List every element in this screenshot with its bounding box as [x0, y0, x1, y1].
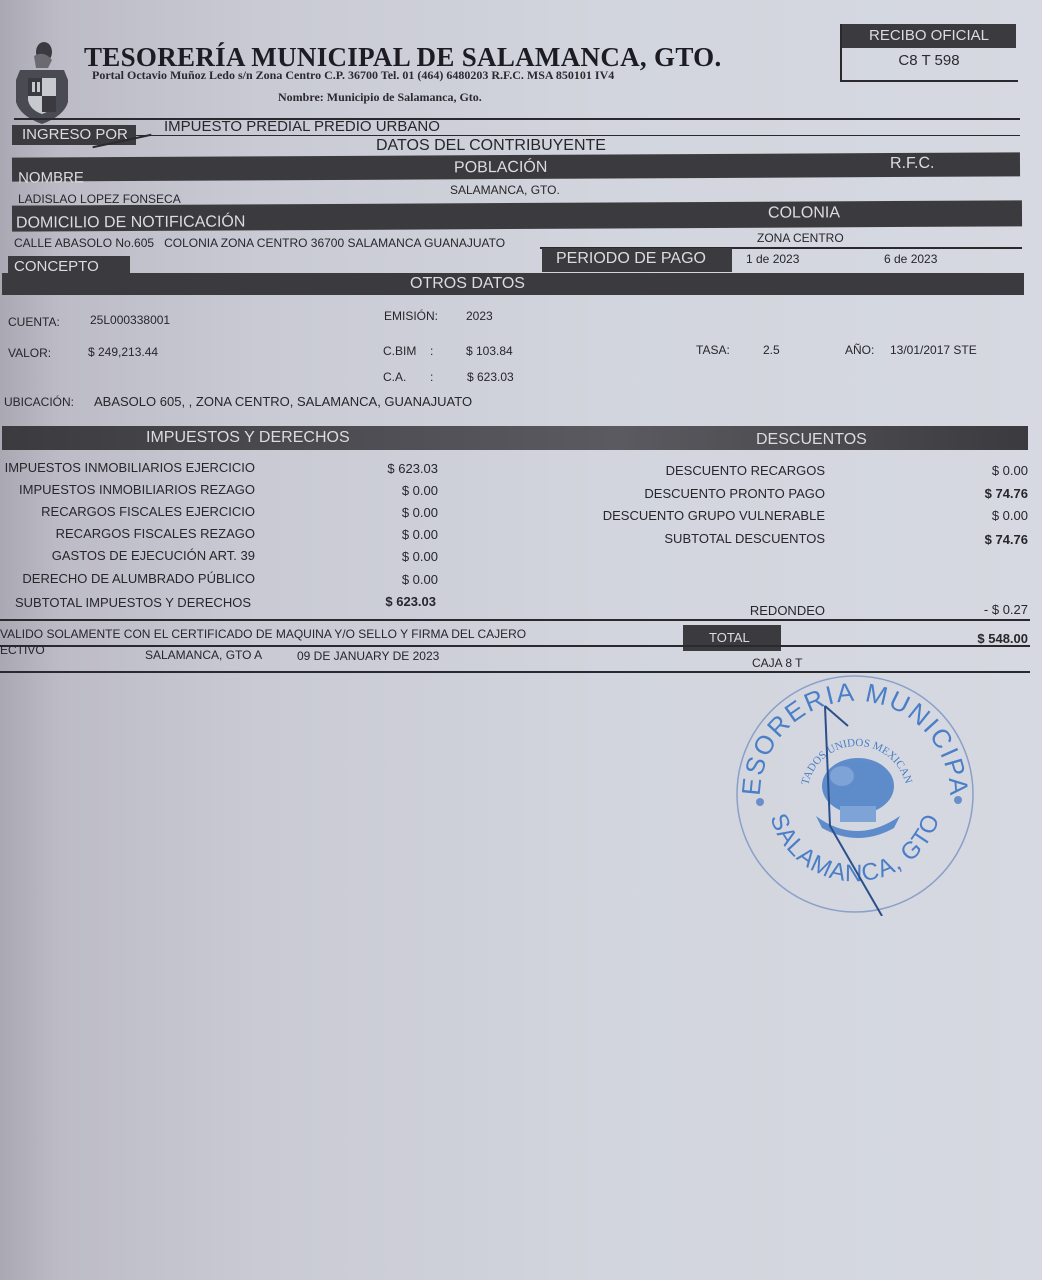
periodo-fin: 6 de 2023 — [884, 252, 937, 266]
anio-value: 13/01/2017 STE — [890, 343, 977, 357]
tasa-label: TASA: — [696, 343, 730, 357]
impuesto-item-label: GASTOS DE EJECUCIÓN ART. 39 — [0, 548, 255, 563]
descuento-item-amount: $ 74.76 — [930, 486, 1028, 501]
domicilio-header-bar: DOMICILIO DE NOTIFICACIÓN COLONIA — [12, 200, 1022, 231]
descuento-item-label: DESCUENTO GRUPO VULNERABLE — [560, 508, 825, 523]
impuesto-item-label: DERECHO DE ALUMBRADO PÚBLICO — [0, 571, 255, 586]
descuentos-subtotal-value: $ 74.76 — [930, 532, 1028, 547]
total-value: $ 548.00 — [900, 631, 1028, 646]
valor-label: VALOR: — [8, 346, 51, 360]
ubicacion-label: UBICACIÓN: — [4, 395, 74, 409]
colonia-value: ZONA CENTRO — [757, 231, 844, 245]
tasa-value: 2.5 — [763, 343, 780, 357]
impuesto-item-amount: $ 0.00 — [340, 549, 438, 564]
nombre-label: NOMBRE — [18, 169, 84, 186]
issue-date: 09 DE JANUARY DE 2023 — [297, 649, 439, 663]
total-label: TOTAL — [709, 630, 750, 645]
coat-of-arms-icon — [12, 38, 72, 126]
contribuyente-header-bar: NOMBRE POBLACIÓN R.F.C. — [12, 152, 1020, 181]
domicilio-label: DOMICILIO DE NOTIFICACIÓN — [16, 213, 245, 232]
descuento-item-amount: $ 0.00 — [930, 508, 1028, 523]
ingreso-value: IMPUESTO PREDIAL PREDIO URBANO — [164, 118, 440, 135]
cbim-value: $ 103.84 — [466, 344, 513, 358]
impuesto-item-label: RECARGOS FISCALES REZAGO — [0, 526, 255, 541]
impuesto-item-label: RECARGOS FISCALES EJERCICIO — [0, 504, 255, 519]
ca-value: $ 623.03 — [467, 370, 514, 384]
cbim-label: C.BIM — [383, 344, 416, 358]
emision-value: 2023 — [466, 309, 493, 323]
receipt-label: RECIBO OFICIAL — [842, 24, 1016, 48]
place-date-prefix: SALAMANCA, GTO A — [145, 648, 262, 662]
anio-label: AÑO: — [845, 343, 874, 357]
ca-colon: : — [430, 370, 433, 384]
descuento-item-label: DESCUENTO RECARGOS — [560, 463, 825, 478]
periodo-bar: PERIODO DE PAGO — [542, 248, 732, 272]
payment-method: ECTIVO — [0, 643, 45, 657]
descuento-item-amount: $ 0.00 — [930, 463, 1028, 478]
periodo-inicio: 1 de 2023 — [746, 252, 799, 266]
impuestos-subtotal-label: SUBTOTAL IMPUESTOS Y DERECHOS — [0, 595, 251, 610]
validity-note: VALIDO SOLAMENTE CON EL CERTIFICADO DE M… — [0, 627, 526, 641]
domicilio-value: CALLE ABASOLO No.605 COLONIA ZONA CENTRO… — [14, 236, 505, 250]
receipt-box: RECIBO OFICIAL C8 T 598 — [840, 24, 1018, 82]
ca-label: C.A. — [383, 370, 406, 384]
rfc-label: R.F.C. — [890, 155, 935, 173]
cbim-colon: : — [430, 344, 433, 358]
descuentos-title: DESCUENTOS — [756, 431, 867, 449]
periodo-label: PERIODO DE PAGO — [556, 250, 706, 268]
descuentos-subtotal-label: SUBTOTAL DESCUENTOS — [560, 531, 825, 546]
cuenta-label: CUENTA: — [8, 315, 60, 329]
otros-datos-bar: OTROS DATOS — [2, 273, 1024, 295]
contribuyente-section-title: DATOS DEL CONTRIBUYENTE — [376, 137, 606, 155]
valor-value: $ 249,213.44 — [88, 345, 158, 359]
impuesto-item-label: IMPUESTOS INMOBILIARIOS REZAGO — [0, 482, 255, 497]
descuento-item-label: DESCUENTO PRONTO PAGO — [560, 486, 825, 501]
ubicacion-value: ABASOLO 605, , ZONA CENTRO, SALAMANCA, G… — [94, 394, 472, 409]
municipality-name: Nombre: Municipio de Salamanca, Gto. — [278, 90, 482, 105]
receipt-number: C8 T 598 — [842, 52, 1016, 69]
impuesto-item-amount: $ 623.03 — [340, 461, 438, 476]
ingreso-label: INGRESO POR — [22, 126, 128, 143]
impuestos-title: IMPUESTOS Y DERECHOS — [146, 429, 350, 447]
total-label-bar: TOTAL — [683, 625, 781, 651]
impuesto-item-label: IMPUESTOS INMOBILIARIOS EJERCICIO — [0, 460, 255, 475]
otros-datos-title: OTROS DATOS — [410, 275, 525, 293]
colonia-label: COLONIA — [768, 204, 840, 222]
poblacion-label: POBLACIÓN — [454, 159, 547, 177]
emision-label: EMISIÓN: — [384, 309, 438, 323]
impuesto-item-amount: $ 0.00 — [340, 505, 438, 520]
redondeo-label: REDONDEO — [560, 603, 825, 618]
impuesto-item-amount: $ 0.00 — [340, 572, 438, 587]
footer-top-line — [0, 619, 1030, 621]
impuesto-item-amount: $ 0.00 — [340, 483, 438, 498]
treasury-address: Portal Octavio Muñoz Ledo s/n Zona Centr… — [92, 68, 614, 83]
impuesto-item-amount: $ 0.00 — [340, 527, 438, 542]
poblacion-value: SALAMANCA, GTO. — [450, 183, 560, 197]
official-stamp: TESORERIA MUNICIPAL SALAMANCA, GTO ESTAD… — [730, 666, 980, 916]
cuenta-value: 25L000338001 — [90, 313, 170, 327]
redondeo-value: - $ 0.27 — [930, 602, 1028, 617]
footer-mid-line — [0, 645, 1030, 647]
ingreso-underline — [136, 135, 1020, 136]
impuestos-descuentos-bar: IMPUESTOS Y DERECHOS DESCUENTOS — [2, 426, 1028, 450]
impuestos-subtotal-value: $ 623.03 — [340, 594, 436, 609]
